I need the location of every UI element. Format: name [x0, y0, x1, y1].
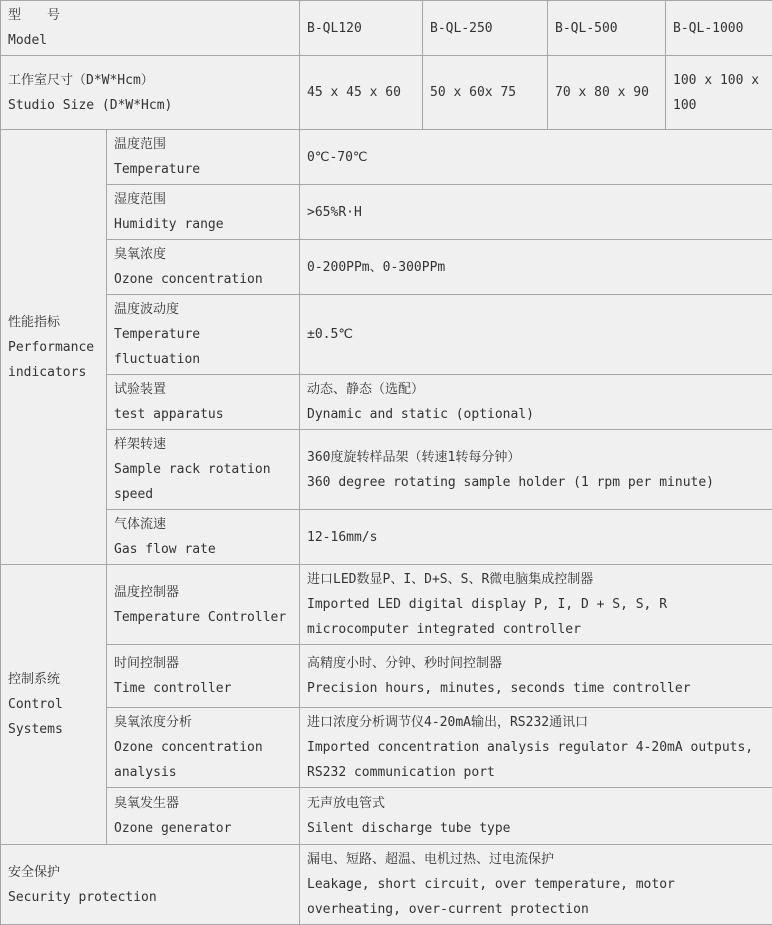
model-label-cell: 型 号 Model [1, 1, 300, 56]
param-label-en: Temperature fluctuation [114, 322, 292, 372]
param-value-cell: 进口浓度分析调节仪4-20mA输出，RS232通讯口 Imported conc… [300, 708, 772, 788]
table-row-ozone-concentration: 臭氧浓度 Ozone concentration 0-200PPm、0-300P… [1, 240, 772, 295]
specification-table: 型 号 Model B-QL120 B-QL-250 B-QL-500 B-QL… [0, 0, 772, 925]
param-label-en: Gas flow rate [114, 537, 292, 562]
param-label-en: test apparatus [114, 402, 292, 427]
param-label-en: Sample rack rotation speed [114, 457, 292, 507]
param-value-cell: 进口LED数显P、I、D+S、S、R微电脑集成控制器 Imported LED … [300, 565, 772, 645]
param-label-zh: 臭氧浓度 [114, 242, 292, 267]
param-label-en: Humidity range [114, 212, 292, 237]
param-value-cell: 0-200PPm、0-300PPm [300, 240, 772, 295]
model-name-cell: B-QL120 [300, 1, 423, 56]
size-value: 70 x 80 x 90 [555, 80, 658, 105]
security-label-zh: 安全保护 [8, 860, 292, 885]
table-row-studio-size: 工作室尺寸（D*W*Hcm） Studio Size (D*W*Hcm) 45 … [1, 56, 772, 130]
size-label-cell: 工作室尺寸（D*W*Hcm） Studio Size (D*W*Hcm) [1, 56, 300, 130]
param-label-cell: 时间控制器 Time controller [107, 645, 300, 708]
param-value-en: Imported LED digital display P, I, D + S… [307, 592, 765, 642]
param-value-zh: 进口浓度分析调节仪4-20mA输出，RS232通讯口 [307, 710, 765, 735]
group-label-control: 控制系统 Control Systems [1, 565, 107, 845]
param-value-cell: ±0.5℃ [300, 295, 772, 375]
param-label-zh: 温度范围 [114, 132, 292, 157]
group-label-zh: 控制系统 [8, 667, 99, 692]
param-value: 0-200PPm、0-300PPm [307, 255, 765, 280]
model-name: B-QL-250 [430, 16, 540, 41]
param-value-en: Silent discharge tube type [307, 816, 765, 841]
size-value: 50 x 60x 75 [430, 80, 540, 105]
param-value: >65%R·H [307, 200, 765, 225]
param-label-cell: 样架转速 Sample rack rotation speed [107, 430, 300, 510]
size-value-cell: 70 x 80 x 90 [548, 56, 666, 130]
param-value-en: Dynamic and static (optional) [307, 402, 765, 427]
param-label-cell: 温度范围 Temperature [107, 130, 300, 185]
table-row-time-controller: 时间控制器 Time controller 高精度小时、分钟、秒时间控制器 Pr… [1, 645, 772, 708]
param-label-zh: 温度控制器 [114, 580, 292, 605]
param-label-zh: 臭氧浓度分析 [114, 710, 292, 735]
param-label-en: Ozone concentration analysis [114, 735, 292, 785]
security-value-zh: 漏电、短路、超温、电机过热、过电流保护 [307, 847, 765, 872]
size-value: 100 x 100 x 100 [673, 68, 765, 118]
param-label-en: Ozone concentration [114, 267, 292, 292]
size-label-zh: 工作室尺寸（D*W*Hcm） [8, 68, 292, 93]
param-value-zh: 高精度小时、分钟、秒时间控制器 [307, 651, 765, 676]
param-value-en: Imported concentration analysis regulato… [307, 735, 765, 785]
model-name: B-QL-500 [555, 16, 658, 41]
param-value-zh: 动态、静态（选配） [307, 377, 765, 402]
param-label-cell: 湿度范围 Humidity range [107, 185, 300, 240]
group-label-en: Performance indicators [8, 335, 99, 385]
size-label-en: Studio Size (D*W*Hcm) [8, 93, 292, 118]
table-row-security-protection: 安全保护 Security protection 漏电、短路、超温、电机过热、过… [1, 845, 772, 925]
param-label-cell: 气体流速 Gas flow rate [107, 510, 300, 565]
param-value-zh: 无声放电管式 [307, 791, 765, 816]
param-label-en: Temperature [114, 157, 292, 182]
param-label-zh: 时间控制器 [114, 651, 292, 676]
param-label-cell: 臭氧发生器 Ozone generator [107, 788, 300, 845]
model-label-zh: 型 号 [8, 3, 292, 28]
group-label-zh: 性能指标 [8, 310, 99, 335]
table-row-humidity: 湿度范围 Humidity range >65%R·H [1, 185, 772, 240]
param-label-en: Time controller [114, 676, 292, 701]
security-value-en: Leakage, short circuit, over temperature… [307, 872, 765, 922]
param-value-cell: 0℃-70℃ [300, 130, 772, 185]
param-value-zh: 进口LED数显P、I、D+S、S、R微电脑集成控制器 [307, 567, 765, 592]
group-label-performance: 性能指标 Performance indicators [1, 130, 107, 565]
param-value-en: 360 degree rotating sample holder (1 rpm… [307, 470, 765, 495]
table-row-sample-rack-speed: 样架转速 Sample rack rotation speed 360度旋转样品… [1, 430, 772, 510]
model-name: B-QL-1000 [673, 16, 765, 41]
table-row-ozone-analysis: 臭氧浓度分析 Ozone concentration analysis 进口浓度… [1, 708, 772, 788]
param-value-cell: 高精度小时、分钟、秒时间控制器 Precision hours, minutes… [300, 645, 772, 708]
param-label-zh: 试验装置 [114, 377, 292, 402]
param-value: ±0.5℃ [307, 322, 765, 347]
model-name-cell: B-QL-1000 [666, 1, 772, 56]
model-name-cell: B-QL-500 [548, 1, 666, 56]
security-label-en: Security protection [8, 885, 292, 910]
model-label-en: Model [8, 28, 292, 53]
param-label-zh: 湿度范围 [114, 187, 292, 212]
model-name-cell: B-QL-250 [423, 1, 548, 56]
param-value: 0℃-70℃ [307, 145, 765, 170]
table-row-temperature: 性能指标 Performance indicators 温度范围 Tempera… [1, 130, 772, 185]
group-label-en: Control Systems [8, 692, 99, 742]
param-value-cell: >65%R·H [300, 185, 772, 240]
table-row-ozone-generator: 臭氧发生器 Ozone generator 无声放电管式 Silent disc… [1, 788, 772, 845]
size-value: 45 x 45 x 60 [307, 80, 415, 105]
param-label-cell: 臭氧浓度分析 Ozone concentration analysis [107, 708, 300, 788]
size-value-cell: 45 x 45 x 60 [300, 56, 423, 130]
param-value-zh: 360度旋转样品架（转速1转每分钟） [307, 445, 765, 470]
param-label-cell: 温度控制器 Temperature Controller [107, 565, 300, 645]
param-value-cell: 动态、静态（选配） Dynamic and static (optional) [300, 375, 772, 430]
param-label-zh: 温度波动度 [114, 297, 292, 322]
param-label-cell: 温度波动度 Temperature fluctuation [107, 295, 300, 375]
param-value-cell: 无声放电管式 Silent discharge tube type [300, 788, 772, 845]
table-row-test-apparatus: 试验装置 test apparatus 动态、静态（选配） Dynamic an… [1, 375, 772, 430]
security-value-cell: 漏电、短路、超温、电机过热、过电流保护 Leakage, short circu… [300, 845, 772, 925]
param-label-en: Temperature Controller [114, 605, 292, 630]
size-value-cell: 50 x 60x 75 [423, 56, 548, 130]
table-row-model: 型 号 Model B-QL120 B-QL-250 B-QL-500 B-QL… [1, 1, 772, 56]
param-label-cell: 臭氧浓度 Ozone concentration [107, 240, 300, 295]
table-row-temperature-fluctuation: 温度波动度 Temperature fluctuation ±0.5℃ [1, 295, 772, 375]
security-label-cell: 安全保护 Security protection [1, 845, 300, 925]
param-value-cell: 360度旋转样品架（转速1转每分钟） 360 degree rotating s… [300, 430, 772, 510]
param-label-zh: 气体流速 [114, 512, 292, 537]
param-value: 12-16mm/s [307, 525, 765, 550]
param-value-cell: 12-16mm/s [300, 510, 772, 565]
table-row-temperature-controller: 控制系统 Control Systems 温度控制器 Temperature C… [1, 565, 772, 645]
param-label-en: Ozone generator [114, 816, 292, 841]
table-row-gas-flow-rate: 气体流速 Gas flow rate 12-16mm/s [1, 510, 772, 565]
model-name: B-QL120 [307, 16, 415, 41]
param-value-en: Precision hours, minutes, seconds time c… [307, 676, 765, 701]
param-label-cell: 试验装置 test apparatus [107, 375, 300, 430]
param-label-zh: 臭氧发生器 [114, 791, 292, 816]
size-value-cell: 100 x 100 x 100 [666, 56, 772, 130]
param-label-zh: 样架转速 [114, 432, 292, 457]
